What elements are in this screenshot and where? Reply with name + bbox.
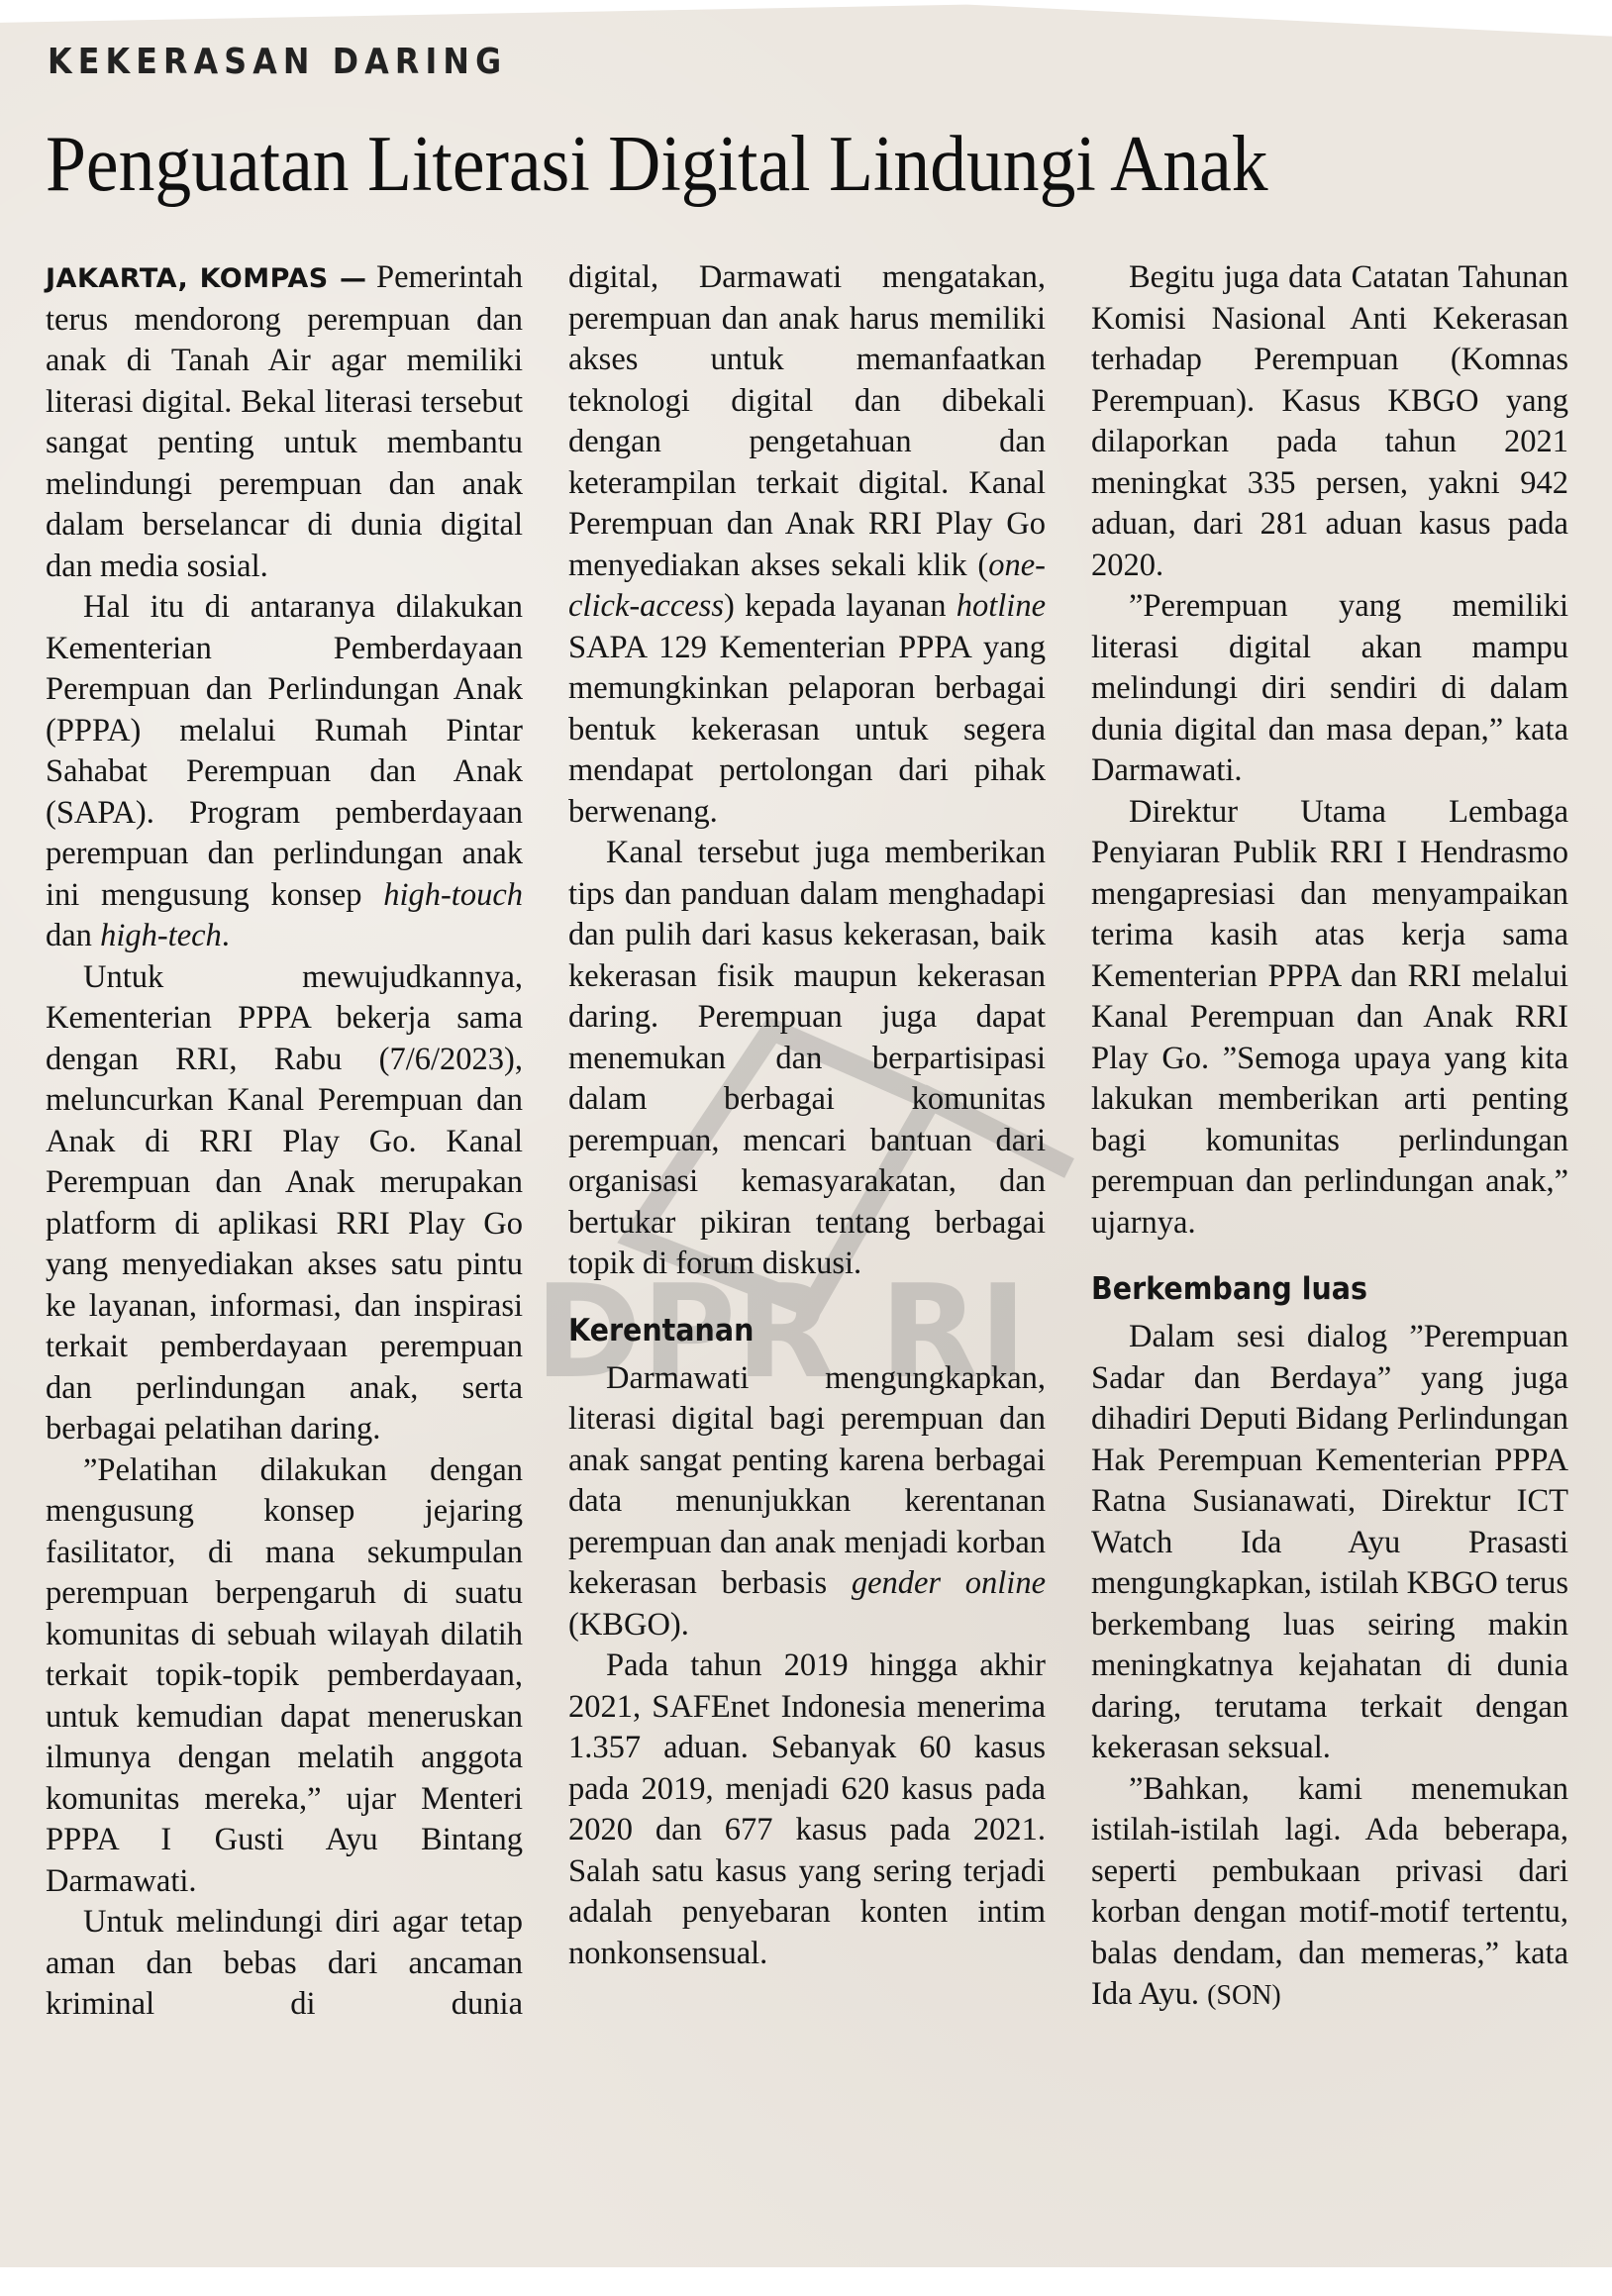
lead-paragraph: JAKARTA, KOMPAS — Pemerintah terus mendo… bbox=[46, 257, 523, 587]
italic-term: hotline bbox=[957, 588, 1046, 624]
italic-term: high-touch bbox=[383, 877, 523, 913]
headline: Penguatan Literasi Digital Lindungi Anak bbox=[46, 117, 1268, 212]
paragraph-text: . bbox=[222, 918, 230, 953]
paragraph-text: Hal itu di antaranya dilakukan Kementeri… bbox=[46, 589, 523, 913]
paragraph: Darmawati mengungkapkan, literasi digita… bbox=[568, 1358, 1046, 1647]
dateline: JAKARTA, KOMPAS — bbox=[46, 263, 367, 294]
column-2: digital, Darmawati mengatakan, perempuan… bbox=[568, 257, 1046, 2026]
paragraph: Untuk melindungi diri agar tetap aman da… bbox=[46, 1902, 523, 2026]
paragraph-text: (KBGO). bbox=[568, 1607, 689, 1643]
article-body: JAKARTA, KOMPAS — Pemerintah terus mendo… bbox=[46, 257, 1570, 2026]
section-kicker: KEKERASAN DARING bbox=[48, 42, 507, 82]
italic-term: gender online bbox=[852, 1565, 1046, 1601]
paragraph: digital, Darmawati mengatakan, perempuan… bbox=[568, 257, 1046, 833]
paragraph: Untuk mewujudkannya, Kementerian PPPA be… bbox=[46, 957, 523, 1450]
column-1: JAKARTA, KOMPAS — Pemerintah terus mendo… bbox=[46, 257, 523, 2026]
paragraph-text: ”Bahkan, kami menemukan istilah-istilah … bbox=[1091, 1771, 1568, 2013]
paragraph: Pada tahun 2019 hingga akhir 2021, SAFEn… bbox=[568, 1646, 1046, 1974]
paragraph-text: SAPA 129 Kementerian PPPA yang memungkin… bbox=[568, 630, 1046, 830]
paragraph: ”Pelatihan dilakukan dengan mengusung ko… bbox=[46, 1450, 523, 1903]
byline: (SON) bbox=[1207, 1980, 1281, 2011]
paragraph: Direktur Utama Lembaga Penyiaran Publik … bbox=[1091, 792, 1568, 1245]
column-3: Begitu juga data Catatan Tahunan Komisi … bbox=[1091, 257, 1568, 2026]
paragraph: Hal itu di antaranya dilakukan Kementeri… bbox=[46, 587, 523, 957]
paragraph: Begitu juga data Catatan Tahunan Komisi … bbox=[1091, 257, 1568, 586]
paragraph: Kanal tersebut juga memberikan tips dan … bbox=[568, 833, 1046, 1285]
paragraph: ”Perempuan yang memiliki literasi digita… bbox=[1091, 586, 1568, 792]
subheading-berkembang-luas: Berkembang luas bbox=[1091, 1269, 1530, 1309]
paragraph-text: Pemerintah terus mendorong perempuan dan… bbox=[46, 259, 523, 584]
paragraph-text: dan bbox=[46, 918, 100, 953]
subheading-kerentanan: Kerentanan bbox=[568, 1311, 1007, 1350]
paragraph: ”Bahkan, kami menemukan istilah-istilah … bbox=[1091, 1769, 1568, 2017]
paragraph-text: ) kepada layanan bbox=[724, 588, 957, 624]
paragraph: Dalam sesi dialog ”Perempuan Sadar dan B… bbox=[1091, 1317, 1568, 1769]
paragraph-text: digital, Darmawati mengatakan, perempuan… bbox=[568, 259, 1046, 583]
italic-term: high-tech bbox=[100, 918, 222, 953]
